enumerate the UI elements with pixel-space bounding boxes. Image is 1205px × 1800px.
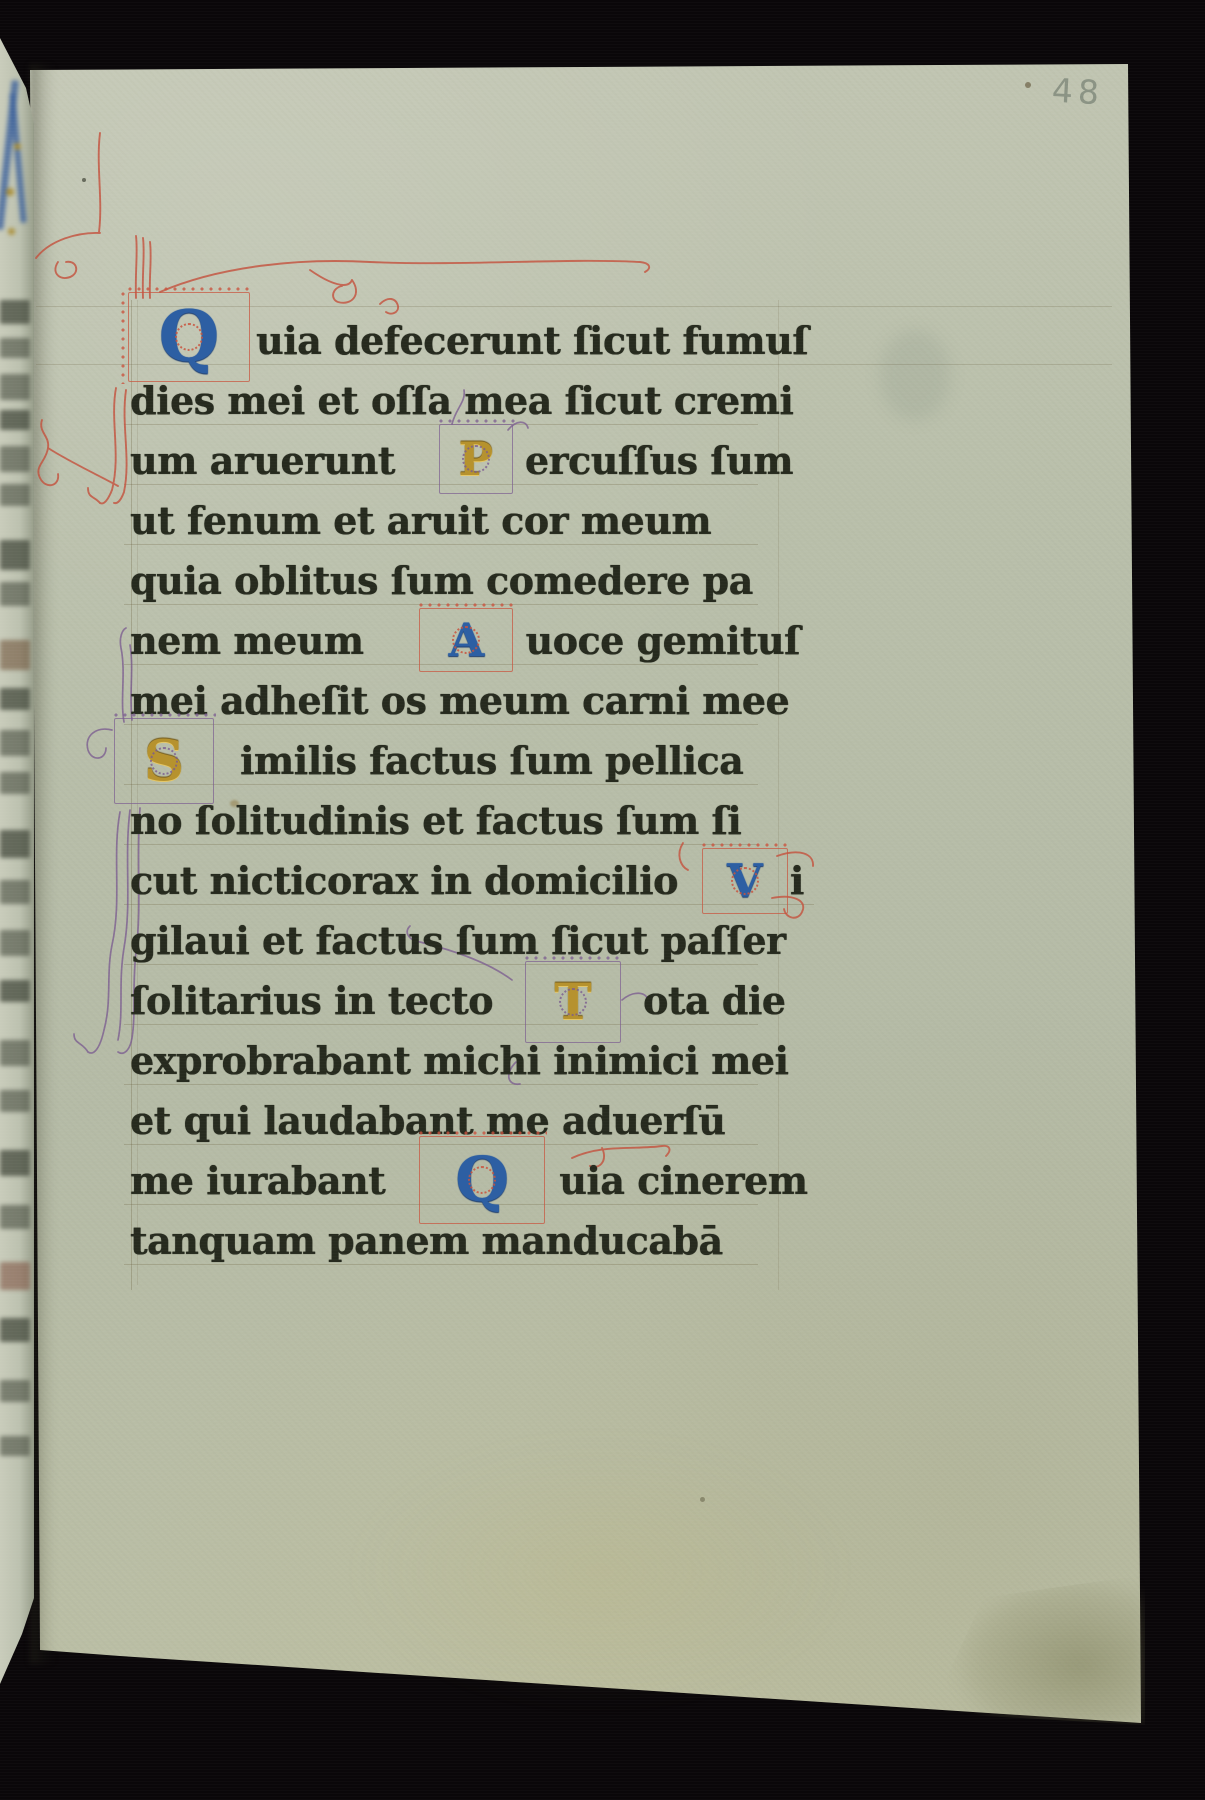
vellum-grain-texture xyxy=(30,64,1142,1726)
ruling-line xyxy=(124,1144,758,1145)
facing-page-text-band xyxy=(0,374,30,400)
facing-page-text-band xyxy=(0,484,30,506)
facing-page-text-band xyxy=(0,446,30,472)
ruling-line xyxy=(124,544,758,545)
facing-page-detail xyxy=(6,188,14,196)
ruling-line xyxy=(36,306,1112,307)
folio-number: 48 xyxy=(1051,71,1105,113)
facing-page-text-band xyxy=(0,300,30,324)
facing-page-text-band xyxy=(0,1205,30,1229)
facing-page-text-band xyxy=(0,1262,30,1290)
ruling-line-vertical xyxy=(131,300,132,1290)
ruling-line xyxy=(124,1084,758,1085)
facing-page-text-band xyxy=(0,930,30,956)
ruling-line xyxy=(124,1024,758,1025)
facing-page-detail xyxy=(9,93,26,223)
facing-page-text-band xyxy=(0,582,30,606)
facing-page-text-band xyxy=(0,1436,30,1456)
facing-page-text-band xyxy=(0,1090,30,1112)
facing-page-text-band xyxy=(0,980,30,1002)
facing-page-text-band xyxy=(0,730,30,756)
vellum-page xyxy=(30,64,1142,1726)
facing-page-text-band xyxy=(0,1040,30,1066)
facing-page-text-band xyxy=(0,1318,30,1342)
facing-page-detail xyxy=(8,228,15,235)
ruling-line xyxy=(124,844,758,845)
manuscript-photograph: Quia defecerunt ſicut fumuſdies mei et o… xyxy=(0,0,1205,1800)
facing-page-text-band xyxy=(0,640,30,670)
facing-page-text-band xyxy=(0,540,30,570)
ruling-line xyxy=(124,724,758,725)
facing-page-text-band xyxy=(0,688,30,710)
ruling-line xyxy=(124,424,758,425)
facing-page-text-band xyxy=(0,830,30,858)
ruling-line xyxy=(36,364,1112,365)
facing-page-edge xyxy=(0,38,36,1688)
ruling-line-vertical xyxy=(137,300,138,1285)
facing-page-text-band xyxy=(0,338,30,358)
ruling-line xyxy=(124,1204,758,1205)
ruling-line xyxy=(124,964,758,965)
ruling-line-vertical xyxy=(778,300,779,1290)
facing-page-text-band xyxy=(0,1380,30,1402)
facing-page-text-band xyxy=(0,410,30,430)
ruling-line xyxy=(124,904,814,905)
facing-page-text-band xyxy=(0,1150,30,1176)
ruling-line xyxy=(124,484,758,485)
ruling-line xyxy=(124,1264,758,1265)
ruling-line xyxy=(124,664,758,665)
facing-page-detail xyxy=(14,143,21,150)
facing-page-text-band xyxy=(0,772,30,794)
ruling-line xyxy=(124,784,758,785)
ruling-line xyxy=(124,604,758,605)
facing-page-blur xyxy=(0,38,36,1688)
facing-page-text-band xyxy=(0,880,30,904)
